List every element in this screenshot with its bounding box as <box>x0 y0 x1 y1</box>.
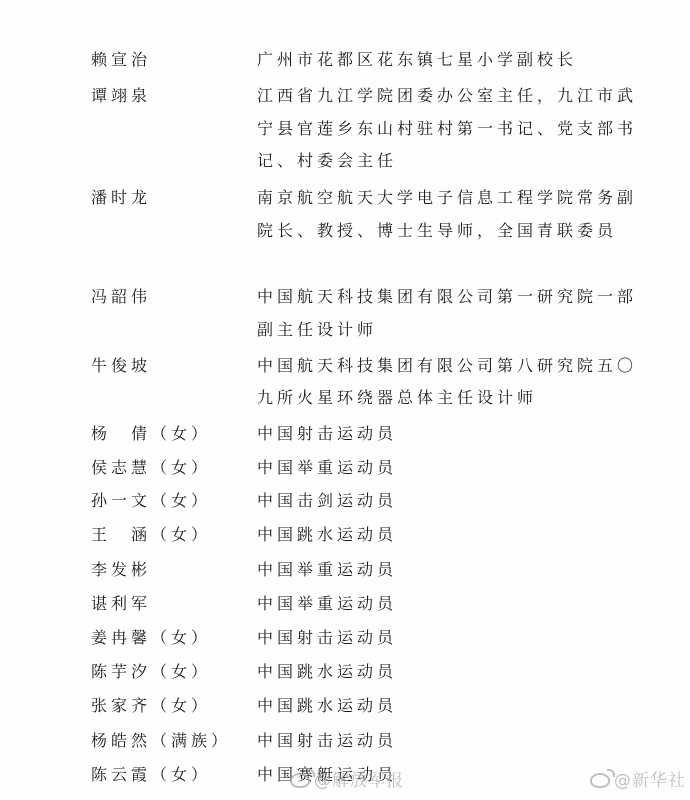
entry-description: 记、村委会主任 <box>257 151 397 171</box>
entry-description: 中国跳水运动员 <box>257 662 397 682</box>
entry-name: 陈芋汐（女） <box>91 662 211 682</box>
entry-name: 孙一文（女） <box>91 491 211 511</box>
entry-description: 中国射击运动员 <box>257 628 397 648</box>
entry-name: 陈云霞（女） <box>91 765 211 785</box>
watermark-right: @新华社 <box>590 766 686 791</box>
weibo-logo-icon <box>590 773 610 788</box>
entry-description: 中国举重运动员 <box>257 560 397 580</box>
entry-name: 张家齐（女） <box>91 696 211 716</box>
watermark-left-text: @解放军报 <box>314 771 404 791</box>
entry-name: 李发彬 <box>91 560 151 580</box>
entry-description: 院长、教授、博士生导师，全国青联委员 <box>257 221 617 241</box>
entry-name: 潘时龙 <box>91 188 151 208</box>
weibo-logo-icon <box>290 773 310 788</box>
entry-description: 中国航天科技集团有限公司第一研究院一部 <box>257 287 637 307</box>
entry-description: 广州市花都区花东镇七星小学副校长 <box>257 50 577 70</box>
entry-name: 姜冉馨（女） <box>91 628 211 648</box>
entry-description: 中国举重运动员 <box>257 458 397 478</box>
entry-name: 杨 倩（女） <box>91 424 211 444</box>
entry-name: 杨皓然（满族） <box>91 731 231 751</box>
entry-description: 南京航空航天大学电子信息工程学院常务副 <box>257 188 637 208</box>
entry-name: 冯韶伟 <box>91 287 151 307</box>
entry-description: 中国射击运动员 <box>257 424 397 444</box>
watermark-right-text: @新华社 <box>614 771 686 791</box>
entry-description: 中国射击运动员 <box>257 731 397 751</box>
entry-description: 中国跳水运动员 <box>257 525 397 545</box>
entry-description: 中国航天科技集团有限公司第八研究院五〇 <box>257 356 637 376</box>
entry-description: 宁县官莲乡东山村驻村第一书记、党支部书 <box>257 119 637 139</box>
entry-description: 九所火星环绕器总体主任设计师 <box>257 388 537 408</box>
entry-name: 牛俊坡 <box>91 356 151 376</box>
entry-description: 江西省九江学院团委办公室主任，九江市武 <box>257 86 637 106</box>
document-page: 赖宣治 广州市花都区花东镇七星小学副校长 谭翊泉 江西省九江学院团委办公室主任，… <box>0 0 690 800</box>
watermark-left: @解放军报 <box>290 766 404 791</box>
entry-name: 赖宣治 <box>91 50 151 70</box>
entry-description: 中国击剑运动员 <box>257 491 397 511</box>
entry-description: 中国举重运动员 <box>257 594 397 614</box>
entry-name: 侯志慧（女） <box>91 458 211 478</box>
entry-description: 中国跳水运动员 <box>257 696 397 716</box>
entry-name: 王 涵（女） <box>91 525 211 545</box>
entry-description: 副主任设计师 <box>257 320 377 340</box>
entry-name: 谌利军 <box>91 594 151 614</box>
entry-name: 谭翊泉 <box>91 86 151 106</box>
